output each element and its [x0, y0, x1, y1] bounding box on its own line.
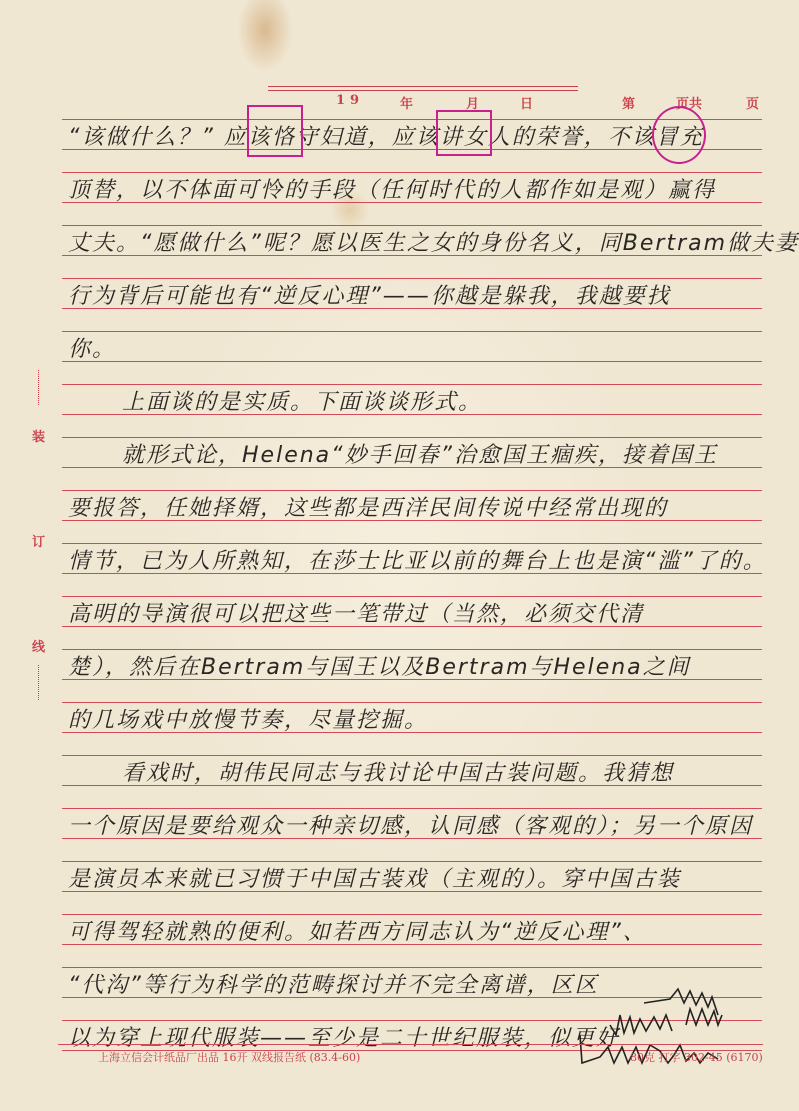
page-label: 第 — [622, 93, 635, 112]
text-line: 高明的导演很可以把这些一笔带过（当然，必须交代清 — [68, 598, 768, 632]
text-line: 情节，已为人所熟知，在莎士比亚以前的舞台上也是演“滥”了的。 — [68, 545, 768, 579]
day-label: 日 — [520, 93, 533, 112]
footer-spec: 80克 打字 302-45 (6170) — [630, 1049, 763, 1065]
year-prefix: 19 — [336, 93, 364, 108]
ruled-line — [62, 331, 762, 332]
footer-publisher: 上海立信会计纸品厂出品 16开 双线报告纸 (83.4-60) — [98, 1049, 360, 1065]
text-line: 丈夫。“愿做什么”呢？愿以医生之女的身份名义，同Bertram做夫妻。 — [68, 227, 768, 261]
footer-rule — [58, 1044, 763, 1045]
ruled-line — [62, 490, 762, 491]
ruled-line — [62, 543, 762, 544]
binding-label-2: 订 — [32, 531, 45, 550]
ruled-line — [62, 384, 762, 385]
binding-dots-bottom — [38, 665, 39, 700]
ruled-line — [62, 861, 762, 862]
annotation-box-2 — [436, 110, 492, 156]
header-rule-bottom — [268, 90, 578, 91]
ruled-line — [62, 172, 762, 173]
binding-label-3: 线 — [32, 636, 45, 655]
text-line: 可得驾轻就熟的便利。如若西方同志认为“逆反心理”、 — [68, 916, 768, 950]
text-line: 楚），然后在Bertram与国王以及Bertram与Helena之间 — [68, 651, 768, 685]
header-rule-top — [268, 86, 578, 87]
year-label: 年 — [400, 93, 413, 112]
ruled-line — [62, 225, 762, 226]
binding-dots-top — [38, 370, 39, 405]
ruled-line — [62, 437, 762, 438]
text-line: 顶替，以不体面可怜的手段（任何时代的人都作如是观）赢得 — [68, 174, 768, 208]
text-line: 是演员本来就已习惯于中国古装戏（主观的）。穿中国古装 — [68, 863, 768, 897]
text-line: 看戏时，胡伟民同志与我讨论中国古装问题。我猜想 — [68, 757, 768, 791]
ruled-line — [62, 278, 762, 279]
text-line: 行为背后可能也有“逆反心理”——你越是躲我，我越要找 — [68, 280, 768, 314]
text-line: 的几场戏中放慢节奏，尽量挖掘。 — [68, 704, 768, 738]
ruled-line — [62, 914, 762, 915]
annotation-box-1 — [247, 105, 303, 157]
ruled-line — [62, 596, 762, 597]
text-line: 要报答，任她择婿，这些都是西洋民间传说中经常出现的 — [68, 492, 768, 526]
total-pages-label: 页 — [746, 93, 759, 112]
text-line: 上面谈的是实质。下面谈谈形式。 — [68, 386, 768, 420]
ruled-line — [62, 967, 762, 968]
text-line: 一个原因是要给观众一种亲切感，认同感（客观的）；另一个原因 — [68, 810, 768, 844]
ruled-line — [62, 702, 762, 703]
text-line: 就形式论，Helena“妙手回春”治愈国王痼疾，接着国王 — [68, 439, 768, 473]
ruled-line — [62, 755, 762, 756]
ruled-line — [62, 649, 762, 650]
annotation-circle — [652, 106, 706, 164]
text-line: 你。 — [68, 333, 768, 367]
binding-label-1: 装 — [32, 426, 45, 445]
ruled-line — [62, 808, 762, 809]
